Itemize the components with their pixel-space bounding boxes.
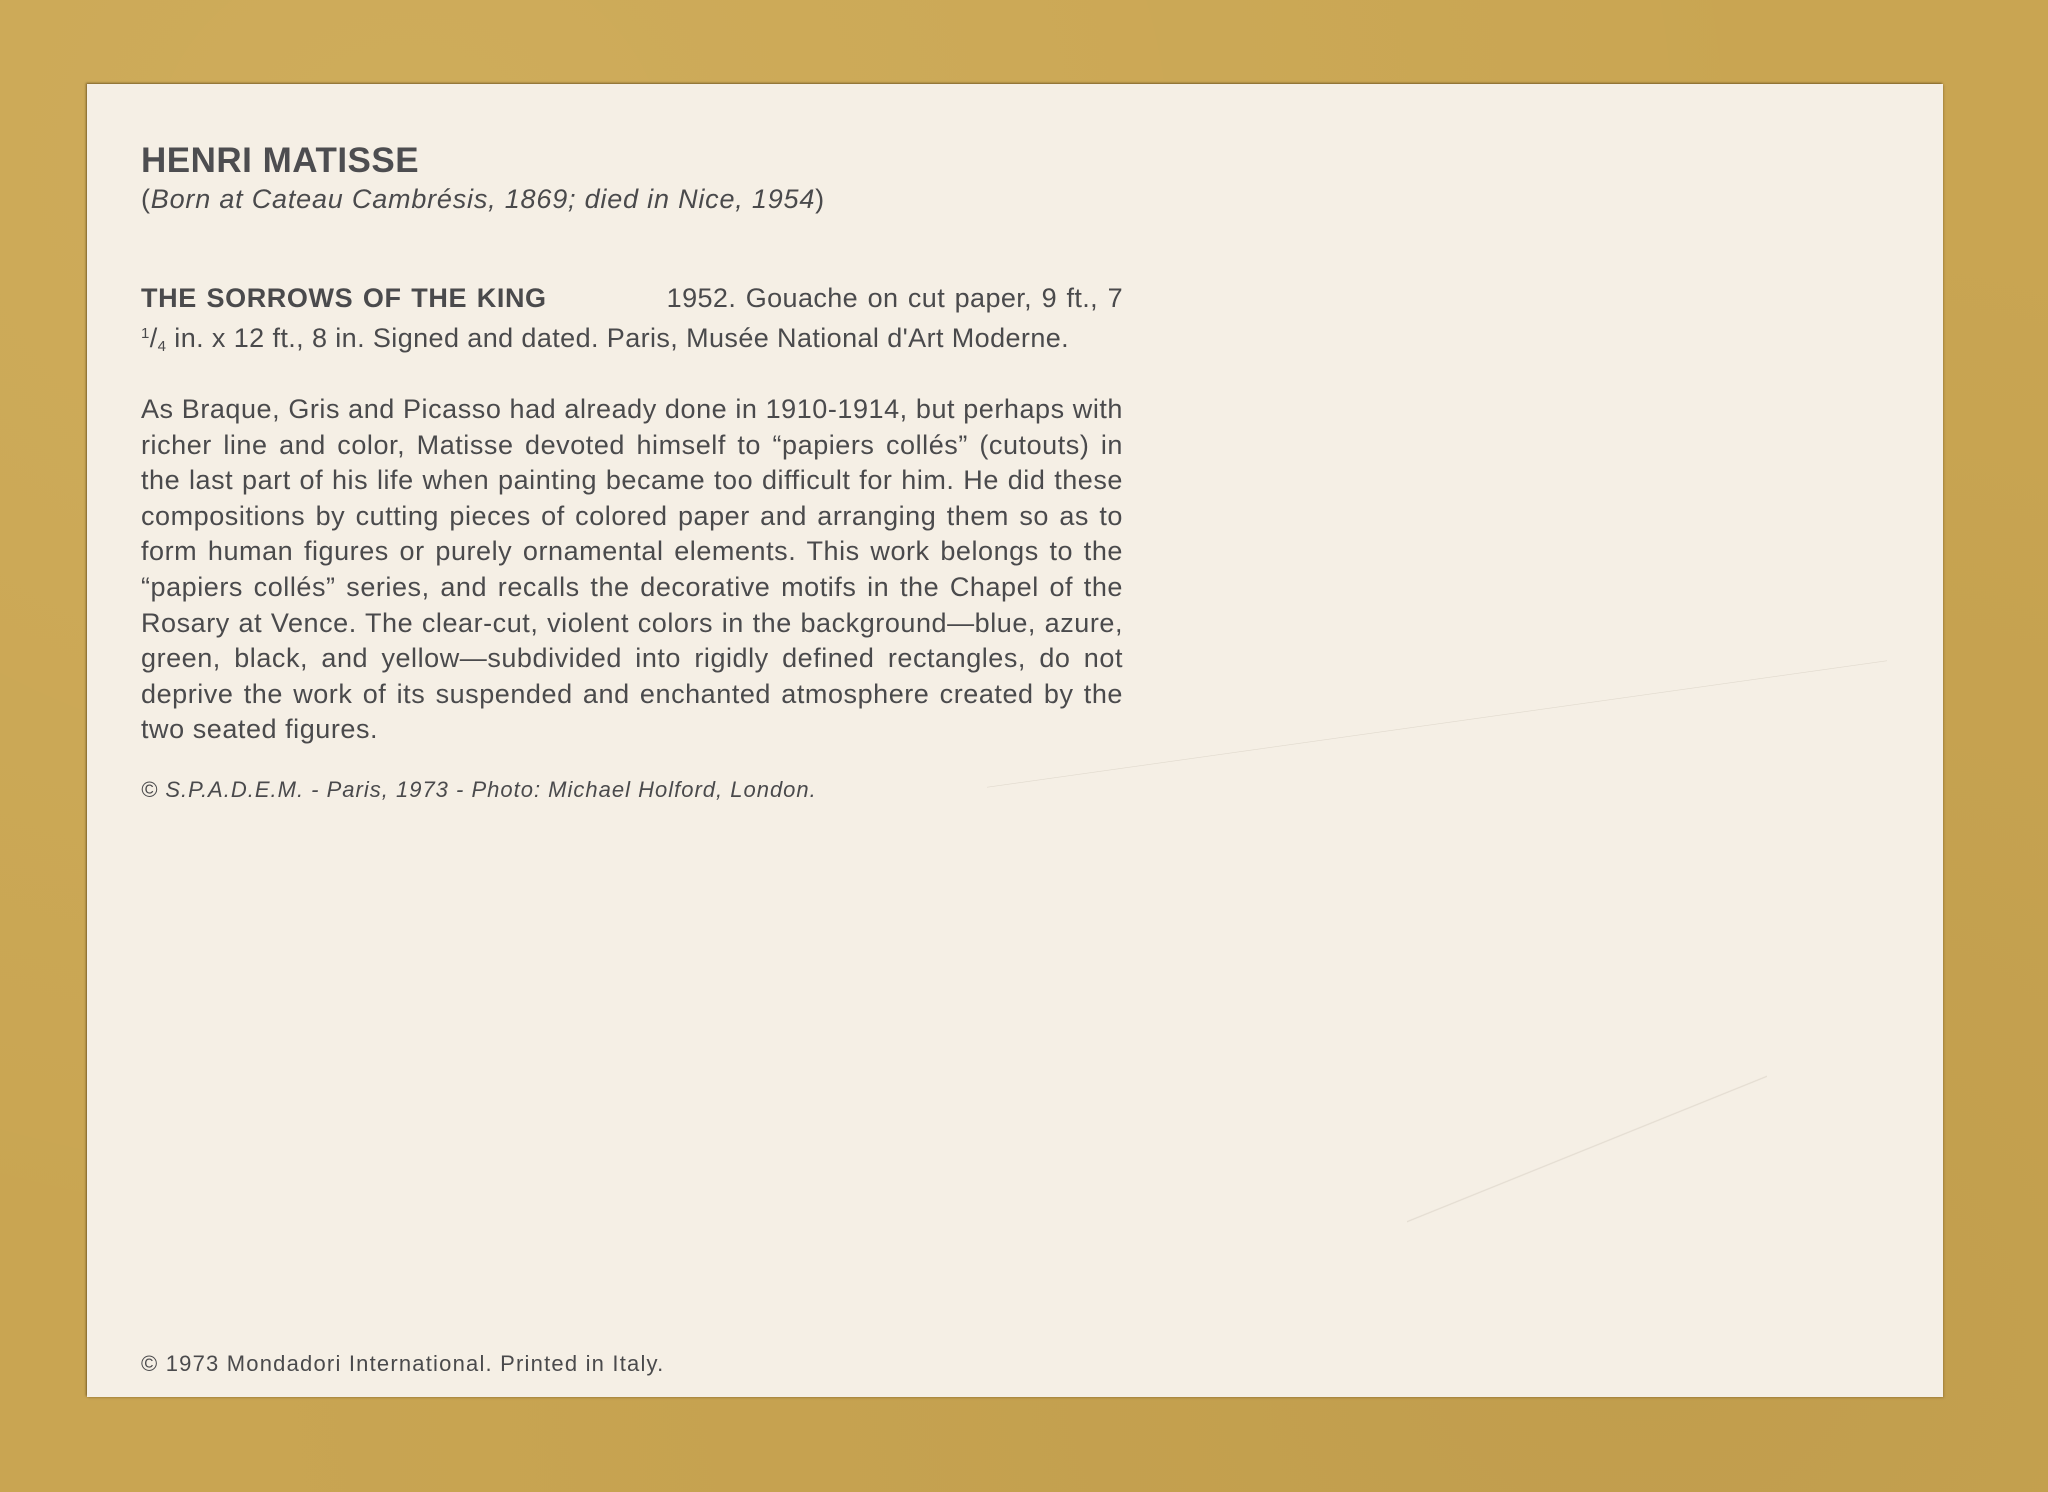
paren-close: ) [815, 184, 825, 214]
artwork-details-text-1: 1952. Gouache on cut paper, 9 ft., 7 [667, 283, 1123, 313]
artwork-title: THE SORROWS OF THE KING [141, 283, 547, 313]
artist-life-text: Born at Cateau Cambrésis, 1869; died in … [151, 184, 815, 214]
artwork-details-text-2: in. x 12 ft., 8 in. Signed and dated. Pa… [166, 323, 1069, 353]
artist-life-dates: (Born at Cateau Cambrésis, 1869; died in… [141, 182, 1123, 216]
artwork-details: THE SORROWS OF THE KING1952. Gouache on … [141, 280, 1123, 365]
paren-open: ( [141, 184, 151, 214]
fraction-slash: / [150, 323, 158, 353]
publisher-copyright: © 1973 Mondadori International. Printed … [141, 1351, 664, 1377]
fraction-numerator: 1 [141, 325, 150, 342]
photo-credit: © S.P.A.D.E.M. - Paris, 1973 - Photo: Mi… [141, 775, 1123, 805]
artist-name: HENRI MATISSE [141, 140, 1123, 182]
artwork-description: As Braque, Gris and Picasso had already … [141, 392, 1123, 748]
dimension-fraction: 1/4 [141, 323, 166, 353]
postcard-back: HENRI MATISSE (Born at Cateau Cambrésis,… [87, 84, 1943, 1397]
caption-column: HENRI MATISSE (Born at Cateau Cambrésis,… [141, 140, 1123, 827]
